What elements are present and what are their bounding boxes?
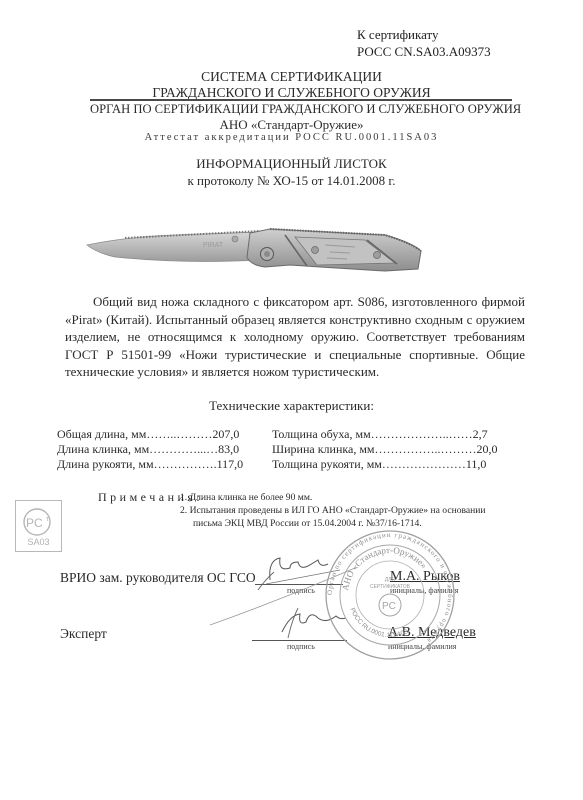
spec-leader: …………...… (149, 442, 218, 457)
spec-row: Длина клинка, мм…………...…83,0 (57, 442, 243, 457)
protocol-reference: к протоколу № ХО-15 от 14.01.2008 г. (0, 172, 583, 189)
description-paragraph: Общий вид ножа складного с фиксатором ар… (65, 293, 525, 381)
certificate-reference: К сертификату РОСС CN.SA03.A09373 (357, 26, 491, 60)
pc-certification-mark-icon: PC т SA03 (15, 500, 62, 552)
spec-value: 83,0 (218, 442, 239, 457)
spec-leader: ……………..……… (375, 442, 477, 457)
spec-value: 11,0 (466, 457, 487, 472)
accreditation: Аттестат аккредитации РОСС RU.0001.11SA0… (0, 132, 583, 143)
spec-value: 2,7 (473, 427, 488, 442)
spec-label: Длина рукояти, мм (57, 457, 154, 472)
spec-label: Ширина клинка, мм (272, 442, 375, 457)
system-title: СИСТЕМА СЕРТИФИКАЦИИ ГРАЖДАНСКОГО И СЛУЖ… (0, 69, 583, 101)
specs-title: Технические характеристики: (0, 398, 583, 414)
spec-label: Толщина рукояти, мм (272, 457, 382, 472)
spec-leader: ………………..…… (371, 427, 473, 442)
spec-row: Толщина рукояти, мм…………………11,0 (272, 457, 498, 472)
organ-block: ОРГАН ПО СЕРТИФИКАЦИИ ГРАЖДАНСКОГО И СЛУ… (0, 102, 583, 132)
cert-mark-code: SA03 (16, 537, 61, 547)
organization-name: АНО «Стандарт-Оружие» (0, 117, 583, 132)
svg-text:PC: PC (382, 601, 396, 612)
spec-value: 20,0 (477, 442, 498, 457)
folding-knife-photo-icon: PIRAT (85, 205, 425, 280)
specs-right-column: Толщина обуха, мм………………..……2,7 Ширина кл… (272, 427, 498, 472)
spec-label: Общая длина, мм (57, 427, 146, 442)
svg-text:PIRAT: PIRAT (203, 242, 224, 249)
spec-leader: ………………… (382, 457, 466, 472)
system-title-line1: СИСТЕМА СЕРТИФИКАЦИИ (0, 69, 583, 85)
header-divider (90, 99, 512, 101)
note-item: 2. Испытания проведены в ИЛ ГО АНО «Стан… (180, 504, 486, 517)
round-seal-stamp-icon: Орган по сертификации гражданского и слу… (320, 525, 460, 665)
spec-leader: ……..……… (146, 427, 212, 442)
spec-leader: ……………. (154, 457, 217, 472)
certificate-reference-label: К сертификату (357, 26, 491, 43)
signer-role: Эксперт (60, 626, 107, 642)
document-heading: ИНФОРМАЦИОННЫЙ ЛИСТОК (0, 155, 583, 172)
note-item: 1. Длина клинка не более 90 мм. (180, 491, 486, 504)
svg-text:ДЛЯ: ДЛЯ (385, 577, 396, 583)
spec-row: Толщина обуха, мм………………..……2,7 (272, 427, 498, 442)
spec-row: Общая длина, мм……..………207,0 (57, 427, 243, 442)
certificate-number: РОСС CN.SA03.A09373 (357, 43, 491, 60)
spec-value: 207,0 (212, 427, 239, 442)
svg-text:РОСС RU.0001.11SA03: РОСС RU.0001.11SA03 (348, 607, 409, 639)
organ-name: ОРГАН ПО СЕРТИФИКАЦИИ ГРАЖДАНСКОГО И СЛУ… (90, 102, 512, 117)
document-title: ИНФОРМАЦИОННЫЙ ЛИСТОК к протоколу № ХО-1… (0, 155, 583, 189)
spec-row: Длина рукояти, мм…………….117,0 (57, 457, 243, 472)
spec-label: Толщина обуха, мм (272, 427, 371, 442)
specs-left-column: Общая длина, мм……..………207,0 Длина клинка… (57, 427, 243, 472)
svg-text:PC: PC (26, 516, 43, 530)
svg-text:СЕРТИФИКАТОВ: СЕРТИФИКАТОВ (370, 584, 411, 590)
spec-label: Длина клинка, мм (57, 442, 149, 457)
spec-value: 117,0 (217, 457, 244, 472)
spec-row: Ширина клинка, мм……………..………20,0 (272, 442, 498, 457)
